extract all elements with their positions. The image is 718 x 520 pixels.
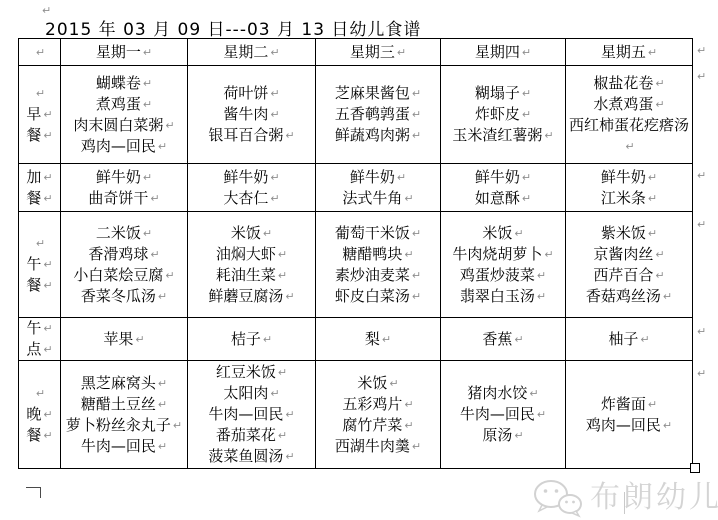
menu-cell-morning-snack-day3[interactable]: 鲜牛奶↵法式牛角↵ [316, 164, 441, 212]
line-break-mark: ↵ [270, 87, 279, 100]
menu-item-text: 小白菜烩豆腐 [73, 266, 163, 284]
menu-item-text: 香蕉 [482, 330, 512, 348]
line-break-mark: ↵ [412, 108, 421, 121]
menu-item-text: 午 [26, 255, 41, 273]
menu-cell-dinner-day3[interactable]: 米饭↵五彩鸡片↵腐竹芹菜↵西湖牛肉羹↵ [316, 361, 441, 469]
menu-item-text: 紫米饭 [601, 224, 646, 242]
line-break-mark: ↵ [514, 429, 523, 442]
line-break-mark: ↵ [537, 269, 546, 282]
menu-item-text: 苹果 [103, 330, 133, 348]
line-break-mark: ↵ [135, 333, 144, 346]
line-break-mark: ↵ [412, 290, 421, 303]
line-break-mark: ↵ [43, 129, 52, 142]
menu-item-text: 牛肉—回民 [81, 437, 156, 455]
menu-cell-breakfast-day1[interactable]: 蝴蝶卷↵煮鸡蛋↵肉末圆白菜粥↵鸡肉—回民↵ [61, 66, 188, 164]
day-header-4[interactable]: 星期四↵ [441, 39, 566, 66]
menu-cell-afternoon-snack-day3[interactable]: 梨↵ [316, 318, 441, 361]
line-break-mark: ↵ [43, 429, 52, 442]
line-break-mark: ↵ [143, 46, 152, 59]
menu-item-text: 法式牛角 [342, 189, 402, 207]
line-break-mark: ↵ [663, 419, 672, 432]
line-break-mark: ↵ [270, 192, 279, 205]
watermark-text: 布朗幼儿园 [590, 481, 718, 515]
margin-corner-mark [26, 487, 41, 498]
menu-item-text: 西湖牛肉羹 [335, 437, 410, 455]
line-break-mark: ↵ [625, 140, 634, 153]
menu-item-text: 如意酥 [475, 189, 520, 207]
line-break-mark: ↵ [412, 269, 421, 282]
menu-item-text: 牛肉—回民 [460, 405, 535, 423]
menu-cell-lunch-day2[interactable]: 米饭↵油焖大虾↵耗油生菜↵鲜蘑豆腐汤↵ [188, 212, 316, 318]
line-break-mark: ↵ [537, 408, 546, 421]
line-break-mark: ↵ [43, 408, 52, 421]
meal-label-breakfast[interactable]: ↵早↵餐↵ [19, 66, 61, 164]
line-break-mark: ↵ [158, 290, 167, 303]
menu-cell-dinner-day5[interactable]: 炸酱面↵鸡肉—回民↵ [566, 361, 693, 469]
menu-cell-lunch-day5[interactable]: 紫米饭↵京酱肉丝↵西芹百合↵香菇鸡丝汤↵ [566, 212, 693, 318]
day-header-3[interactable]: 星期三↵ [316, 39, 441, 66]
day-header-label: 星期三 [350, 43, 395, 61]
menu-item-text: 五彩鸡片 [342, 395, 402, 413]
line-break-mark: ↵ [143, 227, 152, 240]
menu-item-text: 耗油生菜 [216, 266, 276, 284]
menu-item-text: 油焖大虾 [216, 245, 276, 263]
menu-cell-lunch-day3[interactable]: 葡萄干米饭↵糖醋鸭块↵素炒油麦菜↵虾皮白菜汤↵ [316, 212, 441, 318]
menu-cell-breakfast-day2[interactable]: 荷叶饼↵酱牛肉↵银耳百合粥↵ [188, 66, 316, 164]
line-break-mark: ↵ [522, 171, 531, 184]
line-break-mark: ↵ [529, 387, 538, 400]
menu-item-text: 京酱肉丝 [593, 245, 653, 263]
menu-cell-lunch-day1[interactable]: 二米饭↵香滑鸡球↵小白菜烩豆腐↵香菜冬瓜汤↵ [61, 212, 188, 318]
menu-item-text: 牛肉烧胡萝卜 [452, 245, 542, 263]
document-page: ↵ 2015 年 03 月 09 日---03 月 13 日幼儿食谱 ↵星期一↵… [0, 0, 718, 520]
line-break-mark: ↵ [278, 248, 287, 261]
line-break-mark: ↵ [285, 290, 294, 303]
line-break-mark: ↵ [270, 46, 279, 59]
menu-item-text: 原汤 [482, 426, 512, 444]
menu-cell-afternoon-snack-day5[interactable]: 柚子↵ [566, 318, 693, 361]
day-header-label: 星期四 [475, 43, 520, 61]
line-break-mark: ↵ [648, 192, 657, 205]
menu-item-text: 炸酱面 [601, 395, 646, 413]
line-break-mark: ↵ [640, 333, 649, 346]
menu-item-text: 银耳百合粥 [208, 126, 283, 144]
menu-item-text: 餐 [26, 426, 41, 444]
menu-item-text: 蝴蝶卷 [96, 74, 141, 92]
menu-item-text: 米饭 [231, 224, 261, 242]
line-break-mark: ↵ [43, 279, 52, 292]
line-break-mark: ↵ [648, 46, 657, 59]
menu-item-text: 餐 [26, 189, 41, 207]
line-break-mark: ↵ [43, 192, 52, 205]
menu-cell-breakfast-day5[interactable]: 椒盐花卷↵水煮鸡蛋↵西红柿蛋花疙瘩汤↵ [566, 66, 693, 164]
menu-item-text: 水煮鸡蛋 [593, 95, 653, 113]
line-break-mark: ↵ [412, 440, 421, 453]
line-break-mark: ↵ [412, 87, 421, 100]
day-header-5[interactable]: 星期五↵ [566, 39, 693, 66]
line-break-mark: ↵ [412, 129, 421, 142]
menu-item-text: 餐 [26, 126, 41, 144]
menu-item-text: 鲜蔬鸡肉粥 [335, 126, 410, 144]
line-break-mark: ↵ [285, 129, 294, 142]
menu-item-text: 西芹百合 [593, 266, 653, 284]
menu-cell-morning-snack-day2[interactable]: 鲜牛奶↵大杏仁↵ [188, 164, 316, 212]
line-break-mark: ↵ [537, 290, 546, 303]
line-break-mark: ↵ [397, 171, 406, 184]
menu-item-text: 糊塌子 [475, 84, 520, 102]
line-break-mark: ↵ [285, 450, 294, 463]
menu-item-text: 酱牛肉 [223, 105, 268, 123]
line-break-mark: ↵ [655, 98, 664, 111]
meal-label-dinner[interactable]: ↵晚↵餐↵ [19, 361, 61, 469]
line-break-mark: ↵ [404, 192, 413, 205]
line-break-mark: ↵ [43, 322, 52, 335]
menu-item-text: 二米饭 [96, 224, 141, 242]
watermark: 布朗幼儿园 [532, 478, 718, 518]
menu-item-text: 腐竹芹菜 [342, 416, 402, 434]
line-break-mark: ↵ [544, 248, 553, 261]
menu-item-text: 红豆米饭 [216, 363, 276, 381]
menu-item-text: 椒盐花卷 [593, 74, 653, 92]
menu-item-text: 荷叶饼 [223, 84, 268, 102]
menu-cell-morning-snack-day5[interactable]: 鲜牛奶↵江米条↵ [566, 164, 693, 212]
line-break-mark: ↵ [36, 46, 45, 59]
row-end-mark: ↵ [697, 70, 706, 83]
menu-cell-afternoon-snack-day2[interactable]: 桔子↵ [188, 318, 316, 361]
menu-item-text: 五香鹌鹑蛋 [335, 105, 410, 123]
line-break-mark: ↵ [165, 269, 174, 282]
menu-item-text: 香菜冬瓜汤 [81, 287, 156, 305]
line-break-mark: ↵ [522, 108, 531, 121]
line-break-mark: ↵ [158, 377, 167, 390]
menu-item-text: 番茄菜花 [216, 426, 276, 444]
menu-item-text: 加 [26, 168, 41, 186]
day-header-label: 星期五 [601, 43, 646, 61]
line-break-mark: ↵ [150, 192, 159, 205]
line-break-mark: ↵ [663, 290, 672, 303]
wechat-logo-icon [532, 478, 584, 518]
line-break-mark: ↵ [165, 119, 174, 132]
line-break-mark: ↵ [150, 248, 159, 261]
menu-item-text: 鲜蘑豆腐汤 [208, 287, 283, 305]
menu-item-text: 鸡肉—回民 [586, 416, 661, 434]
line-break-mark: ↵ [514, 227, 523, 240]
line-break-mark: ↵ [522, 192, 531, 205]
menu-cell-lunch-day4[interactable]: 米饭↵牛肉烧胡萝卜↵鸡蛋炒菠菜↵翡翠白玉汤↵ [441, 212, 566, 318]
line-break-mark: ↵ [158, 440, 167, 453]
watermark-caret-line [624, 492, 625, 514]
line-break-mark: ↵ [278, 269, 287, 282]
menu-item-text: 大杏仁 [223, 189, 268, 207]
menu-cell-morning-snack-day4[interactable]: 鲜牛奶↵如意酥↵ [441, 164, 566, 212]
menu-cell-afternoon-snack-day4[interactable]: 香蕉↵ [441, 318, 566, 361]
line-break-mark: ↵ [270, 108, 279, 121]
menu-cell-dinner-day4[interactable]: 猪肉水饺↵牛肉—回民↵原汤↵ [441, 361, 566, 469]
line-break-mark: ↵ [143, 77, 152, 90]
menu-item-text: 鲜牛奶 [350, 168, 395, 186]
menu-cell-breakfast-day4[interactable]: 糊塌子↵炸虾皮↵玉米渣红薯粥↵ [441, 66, 566, 164]
menu-item-text: 太阳肉 [223, 384, 268, 402]
menu-item-text: 午 [26, 319, 41, 337]
line-break-mark: ↵ [158, 140, 167, 153]
line-break-mark: ↵ [143, 171, 152, 184]
menu-item-text: 鲜牛奶 [475, 168, 520, 186]
line-break-mark: ↵ [655, 77, 664, 90]
menu-item-text: 点 [26, 340, 41, 358]
line-break-mark: ↵ [648, 227, 657, 240]
menu-item-text: 餐 [26, 276, 41, 294]
meal-label-lunch[interactable]: ↵午↵餐↵ [19, 212, 61, 318]
document-title[interactable]: 2015 年 03 月 09 日---03 月 13 日幼儿食谱 [45, 15, 421, 40]
line-break-mark: ↵ [36, 237, 45, 250]
day-header-1[interactable]: 星期一↵ [61, 39, 188, 66]
line-break-mark: ↵ [263, 333, 272, 346]
menu-item-text: 玉米渣红薯粥 [452, 126, 542, 144]
menu-item-text: 菠菜鱼圆汤 [208, 447, 283, 465]
line-break-mark: ↵ [655, 269, 664, 282]
menu-item-text: 米饭 [482, 224, 512, 242]
menu-item-text: 猪肉水饺 [467, 384, 527, 402]
line-break-mark: ↵ [412, 227, 421, 240]
menu-cell-breakfast-day3[interactable]: 芝麻果酱包↵五香鹌鹑蛋↵鲜蔬鸡肉粥↵ [316, 66, 441, 164]
menu-item-text: 炸虾皮 [475, 105, 520, 123]
line-break-mark: ↵ [514, 333, 523, 346]
line-break-mark: ↵ [43, 343, 52, 356]
line-break-mark: ↵ [36, 87, 45, 100]
menu-item-text: 鸡蛋炒菠菜 [460, 266, 535, 284]
line-break-mark: ↵ [404, 419, 413, 432]
menu-item-text: 米饭 [357, 374, 387, 392]
line-break-mark: ↵ [173, 419, 182, 432]
menu-item-text: 萝卜粉丝汆丸子 [66, 416, 171, 434]
menu-item-text: 鲜牛奶 [223, 168, 268, 186]
line-break-mark: ↵ [270, 387, 279, 400]
line-break-mark: ↵ [397, 46, 406, 59]
menu-item-text: 柚子 [608, 330, 638, 348]
menu-item-text: 香菇鸡丝汤 [586, 287, 661, 305]
menu-item-text: 晚 [26, 405, 41, 423]
line-break-mark: ↵ [404, 398, 413, 411]
line-break-mark: ↵ [158, 398, 167, 411]
menu-item-text: 鲜牛奶 [96, 168, 141, 186]
day-header-label: 星期一 [96, 43, 141, 61]
line-break-mark: ↵ [143, 98, 152, 111]
row-end-mark: ↵ [697, 325, 706, 338]
menu-cell-dinner-day2[interactable]: 红豆米饭↵太阳肉↵牛肉—回民↵番茄菜花↵菠菜鱼圆汤↵ [188, 361, 316, 469]
menu-item-text: 梨 [365, 330, 380, 348]
line-break-mark: ↵ [382, 333, 391, 346]
menu-item-text: 桔子 [231, 330, 261, 348]
menu-item-text: 曲奇饼干 [88, 189, 148, 207]
menu-item-text: 煮鸡蛋 [96, 95, 141, 113]
menu-item-text: 糖醋鸭块 [342, 245, 402, 263]
menu-item-text: 牛肉—回民 [208, 405, 283, 423]
line-break-mark: ↵ [544, 129, 553, 142]
row-end-mark: ↵ [697, 44, 706, 57]
line-break-mark: ↵ [278, 429, 287, 442]
line-break-mark: ↵ [648, 171, 657, 184]
menu-item-text: 江米条 [601, 189, 646, 207]
row-end-mark: ↵ [697, 218, 706, 231]
menu-item-text: 黑芝麻窝头 [81, 374, 156, 392]
menu-item-text: 素炒油麦菜 [335, 266, 410, 284]
line-break-mark: ↵ [278, 366, 287, 379]
menu-item-text: 葡萄干米饭 [335, 224, 410, 242]
menu-item-text: 鲜牛奶 [601, 168, 646, 186]
line-break-mark: ↵ [43, 171, 52, 184]
menu-table: ↵星期一↵星期二↵星期三↵星期四↵星期五↵↵早↵餐↵蝴蝶卷↵煮鸡蛋↵肉末圆白菜粥… [18, 38, 693, 469]
menu-cell-morning-snack-day1[interactable]: 鲜牛奶↵曲奇饼干↵ [61, 164, 188, 212]
day-header-label: 星期二 [223, 43, 268, 61]
line-break-mark: ↵ [522, 87, 531, 100]
day-header-2[interactable]: 星期二↵ [188, 39, 316, 66]
menu-item-text: 香滑鸡球 [88, 245, 148, 263]
menu-item-text: 糖醋土豆丝 [81, 395, 156, 413]
corner-cell[interactable]: ↵ [19, 39, 61, 66]
line-break-mark: ↵ [263, 227, 272, 240]
menu-item-text: 西红柿蛋花疙瘩汤 [569, 116, 689, 134]
row-end-mark: ↵ [697, 169, 706, 182]
menu-cell-dinner-day1[interactable]: 黑芝麻窝头↵糖醋土豆丝↵萝卜粉丝汆丸子↵牛肉—回民↵ [61, 361, 188, 469]
menu-item-text: 早 [26, 105, 41, 123]
menu-item-text: 鸡肉—回民 [81, 137, 156, 155]
menu-cell-afternoon-snack-day1[interactable]: 苹果↵ [61, 318, 188, 361]
line-break-mark: ↵ [36, 387, 45, 400]
menu-item-text: 翡翠白玉汤 [460, 287, 535, 305]
meal-label-afternoon-snack[interactable]: 午↵点↵ [19, 318, 61, 361]
line-break-mark: ↵ [43, 258, 52, 271]
line-break-mark: ↵ [404, 248, 413, 261]
menu-item-text: 芝麻果酱包 [335, 84, 410, 102]
line-break-mark: ↵ [522, 46, 531, 59]
line-break-mark: ↵ [43, 108, 52, 121]
line-break-mark: ↵ [389, 377, 398, 390]
menu-item-text: 虾皮白菜汤 [335, 287, 410, 305]
meal-label-morning-snack[interactable]: 加↵餐↵ [19, 164, 61, 212]
menu-item-text: 肉末圆白菜粥 [73, 116, 163, 134]
table-resize-handle[interactable] [690, 463, 700, 473]
line-break-mark: ↵ [285, 408, 294, 421]
line-break-mark: ↵ [648, 398, 657, 411]
row-end-mark: ↵ [697, 367, 706, 380]
line-break-mark: ↵ [655, 248, 664, 261]
line-break-mark: ↵ [270, 171, 279, 184]
